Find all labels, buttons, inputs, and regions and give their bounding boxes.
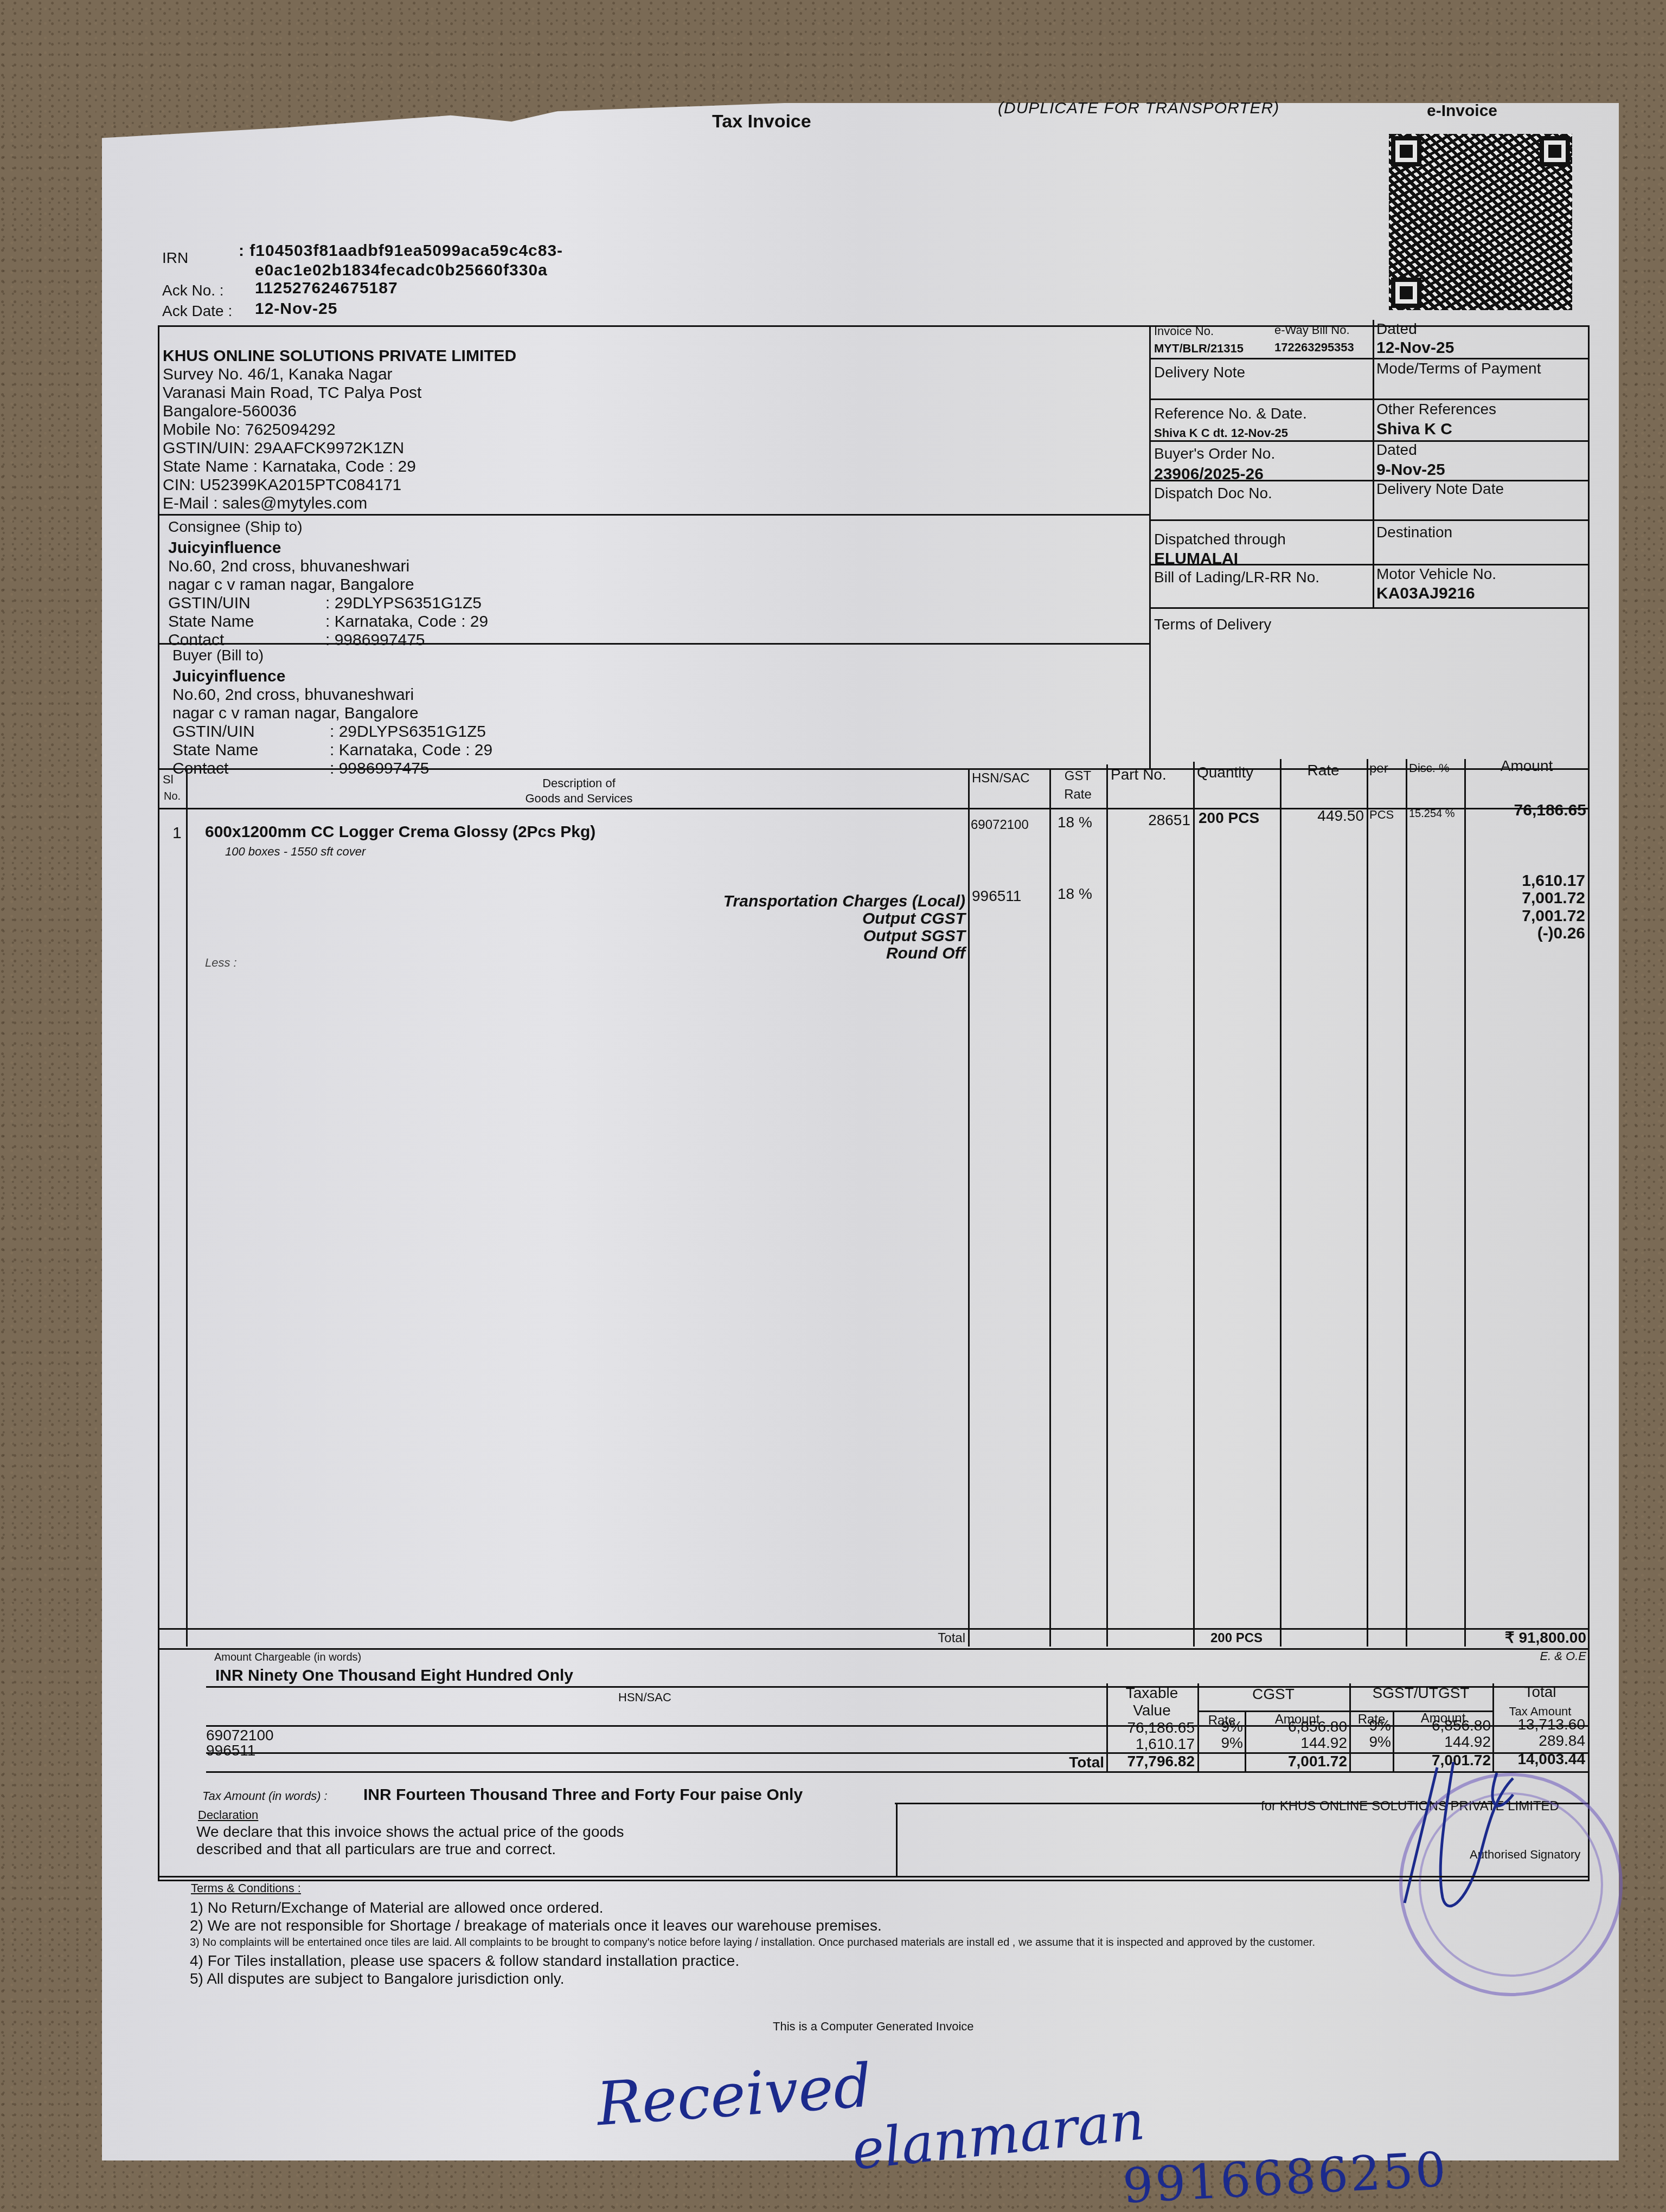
seller-address-line: Varanasi Main Road, TC Palya Post [163, 384, 1139, 402]
dated-label: Dated [1376, 320, 1417, 338]
other-references-label: Other References [1376, 400, 1496, 418]
item-quantity: 200 PCS [1199, 809, 1259, 827]
tax-total-taxable: 77,796.82 [1108, 1752, 1195, 1770]
tax-row-sgst-amount: 6,856.80 [1394, 1716, 1491, 1734]
eoe-label: E. & O.E [1467, 1649, 1586, 1663]
computer-generated-note: This is a Computer Generated Invoice [773, 2020, 974, 2034]
destination-label: Destination [1376, 523, 1452, 541]
buyer-state: : Karnataka, Code : 29 [330, 741, 492, 759]
tax-total-label: Total [976, 1753, 1104, 1771]
invoice-date: 12-Nov-25 [1376, 339, 1454, 357]
tax-row-cgst-rate: 9% [1199, 1734, 1243, 1752]
col-sl-no: No. [164, 790, 181, 803]
irn-label: IRN [162, 249, 188, 267]
less-label: Less : [205, 956, 237, 970]
buyer-label: Buyer (Bill to) [172, 646, 1138, 664]
irn-value-line1: : f104503f81aadbf91ea5099aca59c4c83- [239, 242, 563, 260]
terms-item: 4) For Tiles installation, please use sp… [190, 1952, 739, 1970]
divider [896, 1803, 898, 1876]
eway-bill-label: e-Way Bill No. [1274, 323, 1350, 337]
col-divider [968, 768, 970, 1647]
tax-row-sgst-rate: 9% [1351, 1733, 1391, 1751]
ack-no-value: 112527624675187 [255, 279, 398, 298]
charge-gst: 18 % [1058, 885, 1092, 903]
amount-in-words: INR Ninety One Thousand Eight Hundred On… [215, 1667, 573, 1685]
consignee-name: Juicyinfluence [168, 539, 1133, 557]
divider [1149, 398, 1590, 400]
payment-terms-label: Mode/Terms of Payment [1376, 359, 1541, 377]
terms-item: 5) All disputes are subject to Bangalore… [190, 1970, 565, 1988]
item-description: 600x1200mm CC Logger Crema Glossy (2Pcs … [205, 823, 595, 841]
einvoice-label: e-Invoice [1427, 102, 1497, 120]
tax-total-cgst: 7,001.72 [1246, 1752, 1347, 1770]
cgst-label: Output CGST [488, 910, 965, 928]
dispatched-through-value: ELUMALAI [1154, 550, 1238, 568]
col-description-2: Goods and Services [190, 792, 968, 806]
tax-row-cgst-amount: 6,856.80 [1246, 1718, 1347, 1735]
tax-row-hsn: 996511 [206, 1741, 255, 1759]
buyer-address: No.60, 2nd cross, bhuvaneshwari [172, 686, 1138, 704]
divider [158, 1628, 1590, 1630]
declaration-label: Declaration [198, 1808, 258, 1822]
buyer-gstin: : 29DLYPS6351G1Z5 [330, 723, 486, 741]
item-discount: 15.254 % [1409, 808, 1455, 820]
other-references-value: Shiva K C [1376, 420, 1452, 439]
total-quantity: 200 PCS [1210, 1631, 1263, 1646]
grand-total: ₹ 91,800.00 [1467, 1629, 1586, 1647]
charge-amount: 1,610.17 [1467, 872, 1585, 890]
item-sl: 1 [172, 824, 182, 843]
ack-no-label: Ack No. : [162, 282, 224, 299]
seller-state: State Name : Karnataka, Code : 29 [163, 458, 1139, 476]
terms-item: 2) We are not responsible for Shortage /… [190, 1917, 882, 1934]
tax-row-cgst-rate: 9% [1199, 1718, 1243, 1735]
seller-gstin: GSTIN/UIN: 29AAFCK9972K1ZN [163, 439, 1139, 458]
ack-date-label: Ack Date : [162, 303, 232, 320]
terms-item: 1) No Return/Exchange of Material are al… [190, 1899, 604, 1917]
tax-row-taxable: 1,610.17 [1108, 1735, 1195, 1753]
tax-row-total: 13,713.60 [1494, 1715, 1585, 1733]
buyer-gstin-label: GSTIN/UIN [172, 723, 330, 741]
item-rate: 449.50 [1283, 807, 1364, 825]
tax-row-sgst-rate: 9% [1351, 1716, 1391, 1734]
tax-row-cgst-amount: 144.92 [1246, 1734, 1347, 1752]
round-off-label: Round Off [488, 944, 965, 963]
col-divider [186, 768, 188, 1647]
col-divider [1193, 762, 1195, 1647]
sgst-label: Output SGST [488, 927, 965, 946]
divider [158, 643, 1149, 645]
tax-row-taxable: 76,186.65 [1108, 1719, 1195, 1737]
item-gst: 18 % [1058, 813, 1092, 831]
col-disc: Disc. % [1409, 761, 1450, 775]
seller-address-line: Survey No. 46/1, Kanaka Nagar [163, 365, 1139, 384]
consignee-state-label: State Name [168, 613, 325, 631]
taxable-header-2: Value [1108, 1701, 1196, 1719]
irn-value-line2: e0ac1e02b1834fecadc0b25660f330a [255, 261, 548, 280]
tax-amount-in-words: INR Fourteen Thousand Three and Forty Fo… [363, 1786, 803, 1804]
cgst-amount: 7,001.72 [1467, 889, 1585, 908]
tax-hsn-header: HSN/SAC [618, 1690, 671, 1705]
dispatched-through-label: Dispatched through [1154, 530, 1286, 548]
divider [1149, 440, 1590, 442]
qr-code-icon [1389, 134, 1572, 310]
col-rate: Rate [1283, 761, 1364, 779]
divider [1149, 519, 1590, 521]
consignee-address: nagar c v raman nagar, Bangalore [168, 576, 1133, 594]
divider [158, 1876, 1590, 1877]
seller-name: KHUS ONLINE SOLUTIONS PRIVATE LIMITED [163, 347, 1139, 365]
total-tax-header: Total [1494, 1683, 1586, 1701]
document-title: Tax Invoice [712, 111, 811, 132]
col-divider [1049, 768, 1051, 1647]
consignee-gstin-label: GSTIN/UIN [168, 594, 325, 613]
terms-of-delivery-label: Terms of Delivery [1154, 615, 1271, 633]
buyer-order-label: Buyer's Order No. [1154, 445, 1275, 462]
tax-words-label: Tax Amount (in words) : [202, 1789, 328, 1803]
buyer-block: Buyer (Bill to) Juicyinfluence No.60, 2n… [172, 646, 1138, 778]
col-gst: GST [1052, 769, 1104, 784]
buyer-order-number: 23906/2025-26 [1154, 465, 1264, 484]
col-quantity: Quantity [1197, 763, 1253, 781]
dispatch-doc-label: Dispatch Doc No. [1154, 484, 1272, 502]
vehicle-number: KA03AJ9216 [1376, 584, 1475, 603]
item-hsn: 69072100 [971, 818, 1029, 833]
buyer-address: nagar c v raman nagar, Bangalore [172, 704, 1138, 723]
item-subtext: 100 boxes - 1550 sft cover [225, 845, 366, 859]
tax-row-sgst-amount: 144.92 [1394, 1733, 1491, 1751]
divider [158, 514, 1149, 516]
copy-label: (DUPLICATE FOR TRANSPORTER) [998, 99, 1279, 118]
total-label: Total [813, 1631, 965, 1646]
divider [206, 1771, 1590, 1773]
divider [1149, 607, 1590, 609]
declaration-line: described and that all particulars are t… [196, 1840, 556, 1858]
consignee-block: Consignee (Ship to) Juicyinfluence No.60… [168, 518, 1133, 650]
seller-mobile: Mobile No: 7625094292 [163, 421, 1139, 439]
consignee-address: No.60, 2nd cross, bhuvaneshwari [168, 557, 1133, 576]
order-dated-label: Dated [1376, 441, 1417, 459]
round-off-amount: (-)0.26 [1467, 924, 1585, 943]
terms-item: 3) No complaints will be entertained onc… [190, 1937, 1600, 1949]
item-part-no: 28651 [1109, 811, 1190, 829]
col-per: per [1369, 761, 1388, 776]
col-gst-rate: Rate [1052, 787, 1104, 802]
sgst-header: SGST/UTGST [1351, 1684, 1491, 1702]
consignee-gstin: : 29DLYPS6351G1Z5 [325, 594, 482, 612]
divider [158, 1648, 1590, 1650]
col-divider [1106, 764, 1108, 1647]
delivery-note-label: Delivery Note [1154, 363, 1245, 381]
divider [1149, 325, 1151, 770]
charge-label: Transportation Charges (Local) [488, 892, 965, 911]
order-date: 9-Nov-25 [1376, 461, 1445, 479]
col-divider [1367, 759, 1368, 1647]
charge-hsn: 996511 [972, 887, 1021, 905]
tax-row-total: 289.84 [1494, 1732, 1585, 1750]
invoice-number: MYT/BLR/21315 [1154, 342, 1244, 356]
declaration-line: We declare that this invoice shows the a… [196, 1823, 624, 1841]
sgst-amount: 7,001.72 [1467, 907, 1585, 925]
seller-address-line: Bangalore-560036 [163, 402, 1139, 421]
terms-label: Terms & Conditions : [191, 1881, 301, 1895]
seller-email: E-Mail : sales@mytyles.com [163, 494, 1139, 513]
signature-icon [1388, 1762, 1529, 1935]
col-divider [1280, 759, 1281, 1647]
amount-words-label: Amount Chargeable (in words) [214, 1651, 361, 1664]
bill-of-lading-label: Bill of Lading/LR-RR No. [1154, 568, 1319, 586]
col-hsn: HSN/SAC [972, 771, 1030, 786]
eway-bill-number: 172263295353 [1274, 340, 1354, 355]
ack-date-value: 12-Nov-25 [255, 300, 337, 318]
reference-value: Shiva K C dt. 12-Nov-25 [1154, 426, 1288, 440]
divider [206, 1752, 1590, 1754]
col-amount: Amount [1467, 757, 1586, 775]
vehicle-no-label: Motor Vehicle No. [1376, 565, 1496, 583]
buyer-name: Juicyinfluence [172, 667, 1138, 686]
invoice-no-label: Invoice No. [1154, 324, 1214, 338]
col-part-no: Part No. [1111, 766, 1167, 783]
reference-label: Reference No. & Date. [1154, 404, 1307, 422]
col-divider [1464, 759, 1466, 1647]
seller-block: KHUS ONLINE SOLUTIONS PRIVATE LIMITED Su… [163, 347, 1139, 513]
col-divider [1406, 759, 1407, 1647]
seller-cin: CIN: U52399KA2015PTC084171 [163, 476, 1139, 494]
delivery-note-date-label: Delivery Note Date [1376, 480, 1504, 498]
buyer-state-label: State Name [172, 741, 330, 760]
cgst-header: CGST [1199, 1685, 1348, 1703]
item-per: PCS [1369, 808, 1394, 822]
col-sl: Sl [163, 773, 174, 787]
consignee-state: : Karnataka, Code : 29 [325, 613, 488, 631]
item-amount: 76,186.65 [1467, 801, 1586, 820]
taxable-header: Taxable [1108, 1684, 1196, 1702]
col-description: Description of [190, 776, 968, 790]
consignee-label: Consignee (Ship to) [168, 518, 1133, 536]
